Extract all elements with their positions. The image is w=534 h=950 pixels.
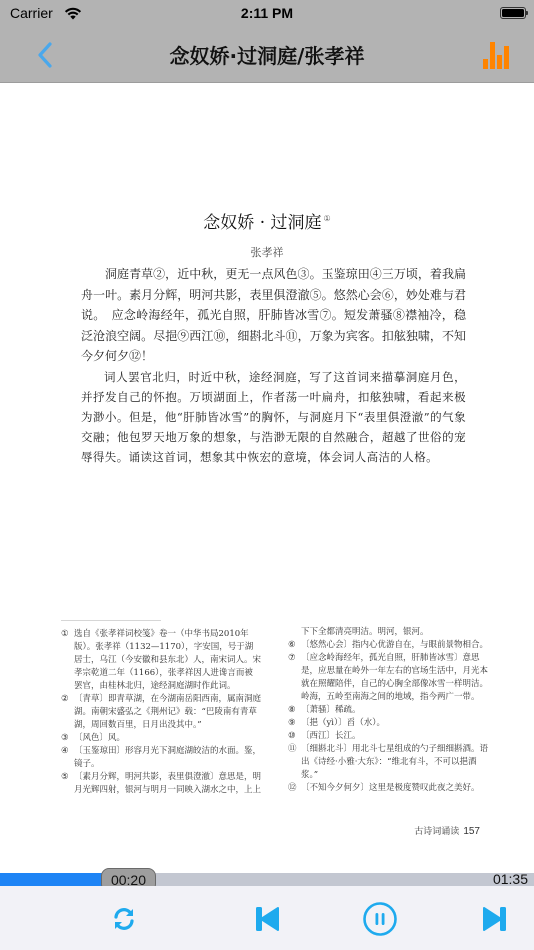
footnote-item: ②〔青草〕即青草湖，在今湖南岳阳西南，属南洞庭湖。南朝宋盛弘之《荆州记》载：“巴… [61, 693, 261, 732]
footnote-divider [61, 620, 161, 621]
footnote-item: ③〔风色〕风。 [61, 732, 261, 745]
footnote-item: 下下全都清亮明洁。明河，银河。 [288, 626, 493, 639]
footnote-item: ⑨〔挹（yì）〕舀（水）。 [288, 717, 493, 730]
book-section-label: 古诗词诵读 [414, 827, 459, 837]
poem-introduction: 词人罢官北归，时近中秋，途经洞庭，写了这首词来描摹洞庭月色，并抒发自己的怀抱。万… [81, 367, 466, 467]
textbook-page: 念奴娇 · 过洞庭① 张孝祥 洞庭青草②，近中秋，更无一点风色③。玉鉴琼田④三万… [0, 84, 534, 874]
poem-text: 洞庭青草②，近中秋，更无一点风色③。玉鉴琼田④三万顷，着我扁舟一叶。素月分辉，明… [81, 264, 466, 367]
poem-title: 念奴娇 · 过洞庭① [0, 208, 534, 233]
player-controls [0, 886, 534, 950]
total-duration: 01:35 [493, 871, 528, 887]
play-pause-button[interactable] [362, 901, 398, 937]
status-time: 2:11 PM [0, 5, 534, 21]
poem-title-note-marker: ① [324, 214, 331, 223]
footnotes-right-column: 下下全都清亮明洁。明河，银河。 ⑥〔悠然心会〕指内心优游自在，与眼前景物相合。 … [288, 626, 493, 795]
poem-author: 张孝祥 [0, 244, 534, 260]
footnote-item: ⑦〔应念岭海经年，孤光自照，肝肺皆冰雪〕意思是，应思量在岭外一年左右的官场生活中… [288, 652, 493, 704]
pause-icon [362, 901, 398, 937]
footnote-item: ⑧〔萧骚〕稀疏。 [288, 704, 493, 717]
repeat-button[interactable] [109, 904, 139, 934]
repeat-icon [109, 904, 139, 934]
footnote-item: ⑥〔悠然心会〕指内心优游自在，与眼前景物相合。 [288, 639, 493, 652]
header: Carrier 2:11 PM 念奴娇·过洞庭/张孝祥 [0, 0, 534, 83]
playback-progress-bar[interactable] [0, 873, 534, 886]
next-track-button[interactable] [480, 904, 510, 934]
footnote-item: ①选自《张孝祥词校笺》卷一（中华书局2010年版）。张孝祥（1132—1170）… [61, 628, 261, 693]
skip-previous-icon [252, 904, 282, 934]
page-number: 157 [463, 826, 480, 837]
footnote-item: ④〔玉鉴琼田〕形容月光下洞庭湖皎洁的水面。鉴，镜子。 [61, 745, 261, 771]
footnote-item: ⑫〔不知今夕何夕〕这里是极度赞叹此夜之美好。 [288, 782, 493, 795]
stats-button[interactable] [480, 38, 514, 72]
bar-chart-icon [480, 38, 514, 72]
footnote-item: ⑤〔素月分辉，明河共影，表里俱澄澈〕意思是，明月光辉四射，银河与明月一同映入湖水… [61, 771, 261, 797]
battery-icon [500, 7, 526, 19]
skip-next-icon [480, 904, 510, 934]
footnote-item: ⑪〔细斟北斗〕用北斗七星组成的勺子细细斟酒。语出《诗经·小雅·大东》：“维北有斗… [288, 743, 493, 782]
status-bar: Carrier 2:11 PM [0, 0, 534, 28]
footnote-item: ⑩〔西江〕长江。 [288, 730, 493, 743]
page-title: 念奴娇·过洞庭/张孝祥 [0, 40, 534, 69]
previous-track-button[interactable] [252, 904, 282, 934]
poem-title-text: 念奴娇 · 过洞庭 [203, 213, 321, 233]
progress-played [0, 873, 110, 886]
page-footer: 古诗词诵读157 [414, 824, 480, 837]
nav-bar: 念奴娇·过洞庭/张孝祥 [0, 28, 534, 83]
footnotes-left-column: ①选自《张孝祥词校笺》卷一（中华书局2010年版）。张孝祥（1132—1170）… [61, 628, 261, 797]
